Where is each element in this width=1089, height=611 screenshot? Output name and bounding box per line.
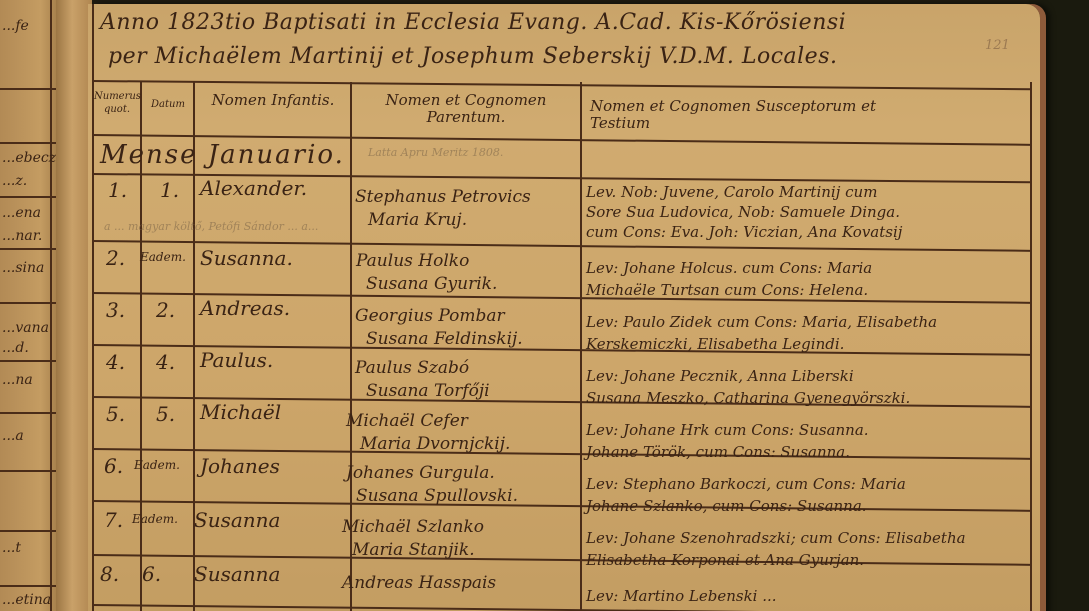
witness-line: Lev: Martino Lebenski ...	[586, 586, 777, 607]
left-fragment-text: ...fe	[2, 18, 29, 34]
entry-date: 2.	[156, 298, 175, 322]
witness-line: Susana Meszko, Catharina Gyenegyörszki.	[586, 388, 910, 409]
witness-line: Lev: Johane Szenohradszki; cum Cons: Eli…	[586, 528, 966, 549]
entry-number: 7.	[104, 508, 123, 532]
entry-number: 3.	[106, 298, 125, 322]
left-fragment-text: ...na	[2, 372, 33, 388]
witness-line: Lev: Johane Pecznik, Anna Liberski	[586, 366, 854, 387]
left-fragment-text: ...ena	[2, 205, 41, 221]
parent-mother: Susana Spullovski.	[356, 485, 518, 508]
column-header-infant: Nomen Infantis.	[198, 92, 348, 109]
infant-name: Michaël	[200, 400, 281, 424]
parent-mother: Susana Torfőji	[366, 380, 490, 403]
entry-date: 6.	[142, 562, 161, 586]
witness-line: Michaële Turtsan cum Cons: Helena.	[586, 280, 868, 301]
left-fragment-text: ...d.	[2, 340, 29, 356]
entry-number: 6.	[104, 454, 123, 478]
left-fragment-text: ...vana	[2, 320, 49, 336]
parent-mother: Susana Feldinskij.	[366, 328, 523, 351]
header-line-1: Anno 1823tio Baptisati in Ecclesia Evang…	[100, 10, 846, 35]
entry-date: Eadem.	[134, 458, 180, 472]
infant-name: Johanes	[200, 454, 280, 478]
book-gutter	[56, 0, 92, 611]
left-fragment-text: ...t	[2, 540, 21, 556]
parent-father: Paulus Szabó	[355, 357, 469, 380]
witness-line: Lev: Johane Holcus. cum Cons: Maria	[586, 258, 872, 279]
header-line-2: per Michaëlem Martinij et Josephum Seber…	[108, 44, 837, 69]
infant-name: Susanna.	[200, 246, 293, 270]
entry-number: 1.	[108, 178, 127, 202]
page-number: 121	[985, 38, 1010, 53]
month-note: Latta Apru Meritz 1808.	[368, 146, 503, 159]
entry-number: 5.	[106, 402, 125, 426]
column-header-parents: Nomen et Cognomen Parentum.	[355, 92, 577, 126]
witness-line: Johane Török, cum Cons: Susanna.	[586, 442, 850, 463]
parent-father: Georgius Pombar	[355, 305, 505, 328]
infant-name: Susanna	[194, 508, 280, 532]
rule	[50, 0, 52, 611]
parent-father: Andreas Hasspais	[342, 572, 496, 595]
witness-line: Lev: Stephano Barkoczi, cum Cons: Maria	[586, 474, 906, 495]
entry-number: 8.	[100, 562, 119, 586]
entry-date: 4.	[156, 350, 175, 374]
parent-mother: Susana Gyurik.	[366, 273, 497, 296]
table-rule	[1030, 82, 1032, 611]
month-label: Mense Januario.	[100, 140, 345, 170]
witness-line: Lev. Nob: Juvene, Carolo Martinij cum	[586, 182, 877, 203]
infant-name: Paulus.	[200, 348, 273, 372]
witness-line: Sore Sua Ludovica, Nob: Samuele Dinga.	[586, 202, 900, 223]
table-rule	[580, 82, 582, 611]
column-header-date: Datum	[143, 98, 193, 111]
witness-line: Kerskemiczki, Elisabetha Legindi.	[586, 334, 844, 355]
column-header-witnesses: Nomen et Cognomen Susceptorum et Testium	[590, 98, 920, 132]
infant-name: Susanna	[194, 562, 280, 586]
witness-line: Lev: Johane Hrk cum Cons: Susanna.	[586, 420, 869, 441]
parent-mother: Maria Kruj.	[368, 209, 467, 232]
parent-mother: Maria Dvornjckij.	[360, 433, 510, 456]
entry-date: Eadem.	[132, 512, 178, 526]
entry-number: 4.	[106, 350, 125, 374]
entry-date: 5.	[156, 402, 175, 426]
left-fragment-text: ...etina	[2, 592, 51, 608]
parent-father: Stephanus Petrovics	[355, 186, 531, 209]
parent-father: Michaël Szlanko	[342, 516, 484, 539]
entry-date: Eadem.	[140, 250, 186, 264]
entry-date: 1.	[160, 178, 179, 202]
left-fragment-text: ...a	[2, 428, 24, 444]
left-page-fragment: ...fe ...ebecz ...z. ...ena ...nar. ...s…	[0, 0, 58, 611]
left-fragment-text: ...z.	[2, 173, 27, 189]
infant-name: Alexander.	[200, 176, 307, 200]
column-header-number: Numerus quot.	[94, 90, 140, 116]
witness-line: Johane Szlanko, cum Cons: Susanna.	[586, 496, 867, 517]
entry-number: 2.	[106, 246, 125, 270]
infant-name: Andreas.	[200, 296, 290, 320]
left-fragment-text: ...sina	[2, 260, 44, 276]
witness-line: Elisabetha Korponai et Ana Gyurjan.	[586, 550, 864, 571]
parent-father: Paulus Holko	[356, 250, 469, 273]
parent-father: Michaël Cefer	[346, 410, 468, 433]
left-fragment-text: ...nar.	[2, 228, 42, 244]
parent-mother: Maria Stanjik.	[352, 539, 475, 562]
witness-line: Lev: Paulo Zidek cum Cons: Maria, Elisab…	[586, 312, 937, 333]
parent-father: Johanes Gurgula.	[346, 462, 495, 485]
witness-line: cum Cons: Eva. Joh: Viczian, Ana Kovatsi…	[586, 222, 902, 243]
left-fragment-text: ...ebecz	[2, 150, 56, 166]
marginal-note: a ... magyar költő, Petőfi Sándor ... a.…	[104, 220, 318, 233]
